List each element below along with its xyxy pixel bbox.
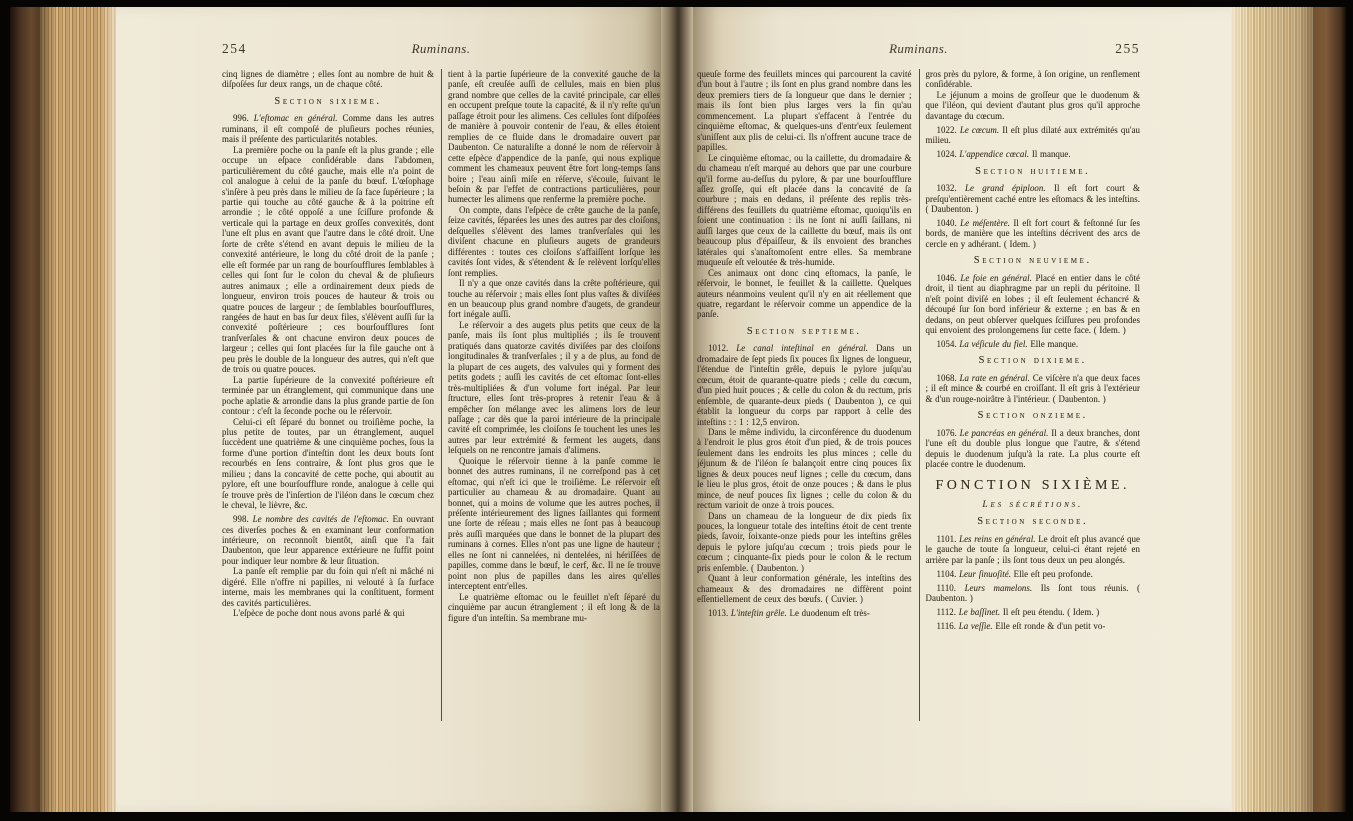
section-heading: Section neuvieme. (926, 256, 1141, 266)
paragraph: Celui-ci eſt ſéparé du bonnet ou troiſiè… (222, 417, 434, 511)
entry-title: L'appendice cœcal. (959, 149, 1031, 159)
entry-number: 1046. (937, 273, 961, 283)
numbered-entry: 1112. Le baſſinet. Il eſt peu étendu. ( … (926, 607, 1141, 617)
paragraph: La première poche ou la panſe eſt la plu… (222, 145, 434, 375)
page-255: Ruminans. 255 queuſe forme des feuillets… (693, 7, 1231, 812)
section-heading: Section dixieme. (926, 356, 1141, 366)
paragraph: Il n'y a que onze cavités dans la crête … (448, 278, 660, 320)
paragraph: Quoique le réſervoir tienne à la panſe c… (448, 456, 660, 592)
page-header-right: Ruminans. 255 (697, 41, 1140, 61)
entry-number: 1054. (937, 339, 960, 349)
entry-title: Le nombre des cavités de l'eſtomac. (253, 514, 393, 524)
numbered-entry: 1040. Le méſentère. Il eſt fort court & … (926, 218, 1141, 249)
entry-number: 1112. (937, 607, 959, 617)
entry-number: 1032. (937, 183, 965, 193)
numbered-entry: 996. L'eſtomac en général. Comme dans le… (222, 113, 434, 144)
text-column: tient à la partie ſupérieure de la conve… (441, 69, 660, 721)
function-heading: FONCTION SIXIÈME. (926, 481, 1141, 491)
paragraph: gros près du pylore, & forme, à ſon orig… (926, 69, 1141, 90)
text-block: queuſe forme des feuillets minces qui pa… (697, 69, 1140, 721)
entry-number: 1012. (708, 343, 736, 353)
section-heading: Section huitieme. (926, 167, 1141, 177)
section-heading: Section sixieme. (222, 97, 434, 107)
entry-title: Les reins en général. (959, 534, 1038, 544)
paragraph: Le réſervoir a des augets plus petits qu… (448, 320, 660, 456)
open-book: 254 Ruminans. cinq lignes de diamètre ; … (10, 7, 1346, 812)
numbered-entry: 1104. Leur ſinuoſité. Elle eſt peu profo… (926, 569, 1141, 579)
numbered-entry: 1068. La rate en général. Ce viſcère n'a… (926, 373, 1141, 404)
paragraph: L'eſpèce de poche dont nous avons parlé … (222, 608, 434, 618)
paragraph: Dans le même individu, la circonférence … (697, 427, 912, 511)
paragraph: Le jéjunum a moins de groſſeur que le du… (926, 90, 1141, 121)
paragraph: tient à la partie ſupérieure de la conve… (448, 69, 660, 205)
page-header-left: 254 Ruminans. (222, 41, 660, 61)
entry-number: 1116. (937, 621, 959, 631)
text-column: queuſe forme des feuillets minces qui pa… (697, 69, 912, 721)
photo-background: 254 Ruminans. cinq lignes de diamètre ; … (0, 0, 1353, 821)
entry-number: 1101. (937, 534, 960, 544)
section-heading: Les ſécrétions. (926, 500, 1141, 510)
numbered-entry: 1101. Les reins en général. Le droit eſt… (926, 534, 1141, 565)
numbered-entry: 1046. Le foie en général. Placé en entie… (926, 273, 1141, 336)
paragraph: Ces animaux ont donc cinq eſtomacs, la p… (697, 268, 912, 320)
section-heading: Section onzieme. (926, 411, 1141, 421)
numbered-entry: 1032. Le grand épiploon. Il eſt fort cou… (926, 183, 1141, 214)
entry-title: La veſſie. (959, 621, 996, 631)
entry-title: Leurs mamelons. (965, 583, 1041, 593)
entry-title: Le canal inteſtinal en général. (736, 343, 876, 353)
book-gutter-shadow (661, 7, 693, 812)
numbered-entry: 1024. L'appendice cœcal. Il manque. (926, 149, 1141, 159)
entry-number: 1110. (937, 583, 965, 593)
entry-number: 996. (233, 113, 254, 123)
entry-title: Le grand épiploon. (965, 183, 1054, 193)
entry-title: Le foie en général. (960, 273, 1035, 283)
running-title: Ruminans. (889, 41, 948, 57)
section-heading: Section septieme. (697, 327, 912, 337)
paragraph: La partie ſupérieure de la convexité poſ… (222, 375, 434, 417)
entry-title: Le méſentère. (960, 218, 1013, 228)
running-title: Ruminans. (412, 41, 471, 57)
entry-number: 998. (233, 514, 253, 524)
numbered-entry: 1022. Le cœcum. Il eſt plus dilaté aux e… (926, 125, 1141, 146)
page-254: 254 Ruminans. cinq lignes de diamètre ; … (116, 7, 661, 812)
text-column: gros près du pylore, & forme, à ſon orig… (919, 69, 1141, 721)
text-column: cinq lignes de diamètre ; elles ſont au … (222, 69, 434, 721)
entry-title: Le cœcum. (960, 125, 1002, 135)
paragraph: cinq lignes de diamètre ; elles ſont au … (222, 69, 434, 90)
left-page-fore-edges (40, 7, 116, 812)
numbered-entry: 1116. La veſſie. Elle eſt ronde & d'un p… (926, 621, 1141, 631)
paragraph: Quant à leur conformation générale, les … (697, 573, 912, 604)
entry-number: 1040. (937, 218, 961, 228)
right-page-fore-edges (1231, 7, 1313, 812)
entry-number: 1104. (937, 569, 960, 579)
paragraph: queuſe forme des feuillets minces qui pa… (697, 69, 912, 153)
right-leather-cover (1313, 7, 1346, 812)
numbered-entry: 1076. Le pancréas en général. Il a deux … (926, 428, 1141, 470)
entry-number: 1076. (937, 428, 960, 438)
numbered-entry: 1012. Le canal inteſtinal en général. Da… (697, 343, 912, 427)
paragraph: Le quatrième eſtomac ou le feuillet n'eſ… (448, 592, 660, 623)
page-number: 254 (222, 41, 247, 57)
paragraph: Le cinquième eſtomac, ou la caillette, d… (697, 153, 912, 268)
entry-title: Le baſſinet. (959, 607, 1003, 617)
entry-title: La rate en général. (959, 373, 1032, 383)
numbered-entry: 1013. L'inteſtin grêle. Le duodenum eſt … (697, 608, 912, 618)
paragraph: La panſe eſt remplie par du foin qui n'e… (222, 566, 434, 608)
numbered-entry: 1110. Leurs mamelons. Ils ſont tous réun… (926, 583, 1141, 604)
entry-title: L'inteſtin grêle. (731, 608, 790, 618)
entry-title: La véſicule du fiel. (959, 339, 1030, 349)
paragraph: Dans un chameau de la longueur de dix pi… (697, 511, 912, 574)
paragraph: On compte, dans l'eſpèce de crête gauche… (448, 205, 660, 278)
entry-number: 1024. (937, 149, 960, 159)
numbered-entry: 998. Le nombre des cavités de l'eſtomac.… (222, 514, 434, 566)
entry-title: L'eſtomac en général. (254, 113, 343, 123)
text-block: cinq lignes de diamètre ; elles ſont au … (222, 69, 660, 721)
entry-title: Leur ſinuoſité. (959, 569, 1014, 579)
entry-title: Le pancréas en général. (960, 428, 1052, 438)
page-number: 255 (1115, 41, 1140, 57)
entry-number: 1013. (708, 608, 731, 618)
numbered-entry: 1054. La véſicule du fiel. Elle manque. (926, 339, 1141, 349)
entry-number: 1068. (937, 373, 960, 383)
section-heading: Section seconde. (926, 517, 1141, 527)
left-leather-cover (10, 7, 40, 812)
entry-number: 1022. (937, 125, 960, 135)
